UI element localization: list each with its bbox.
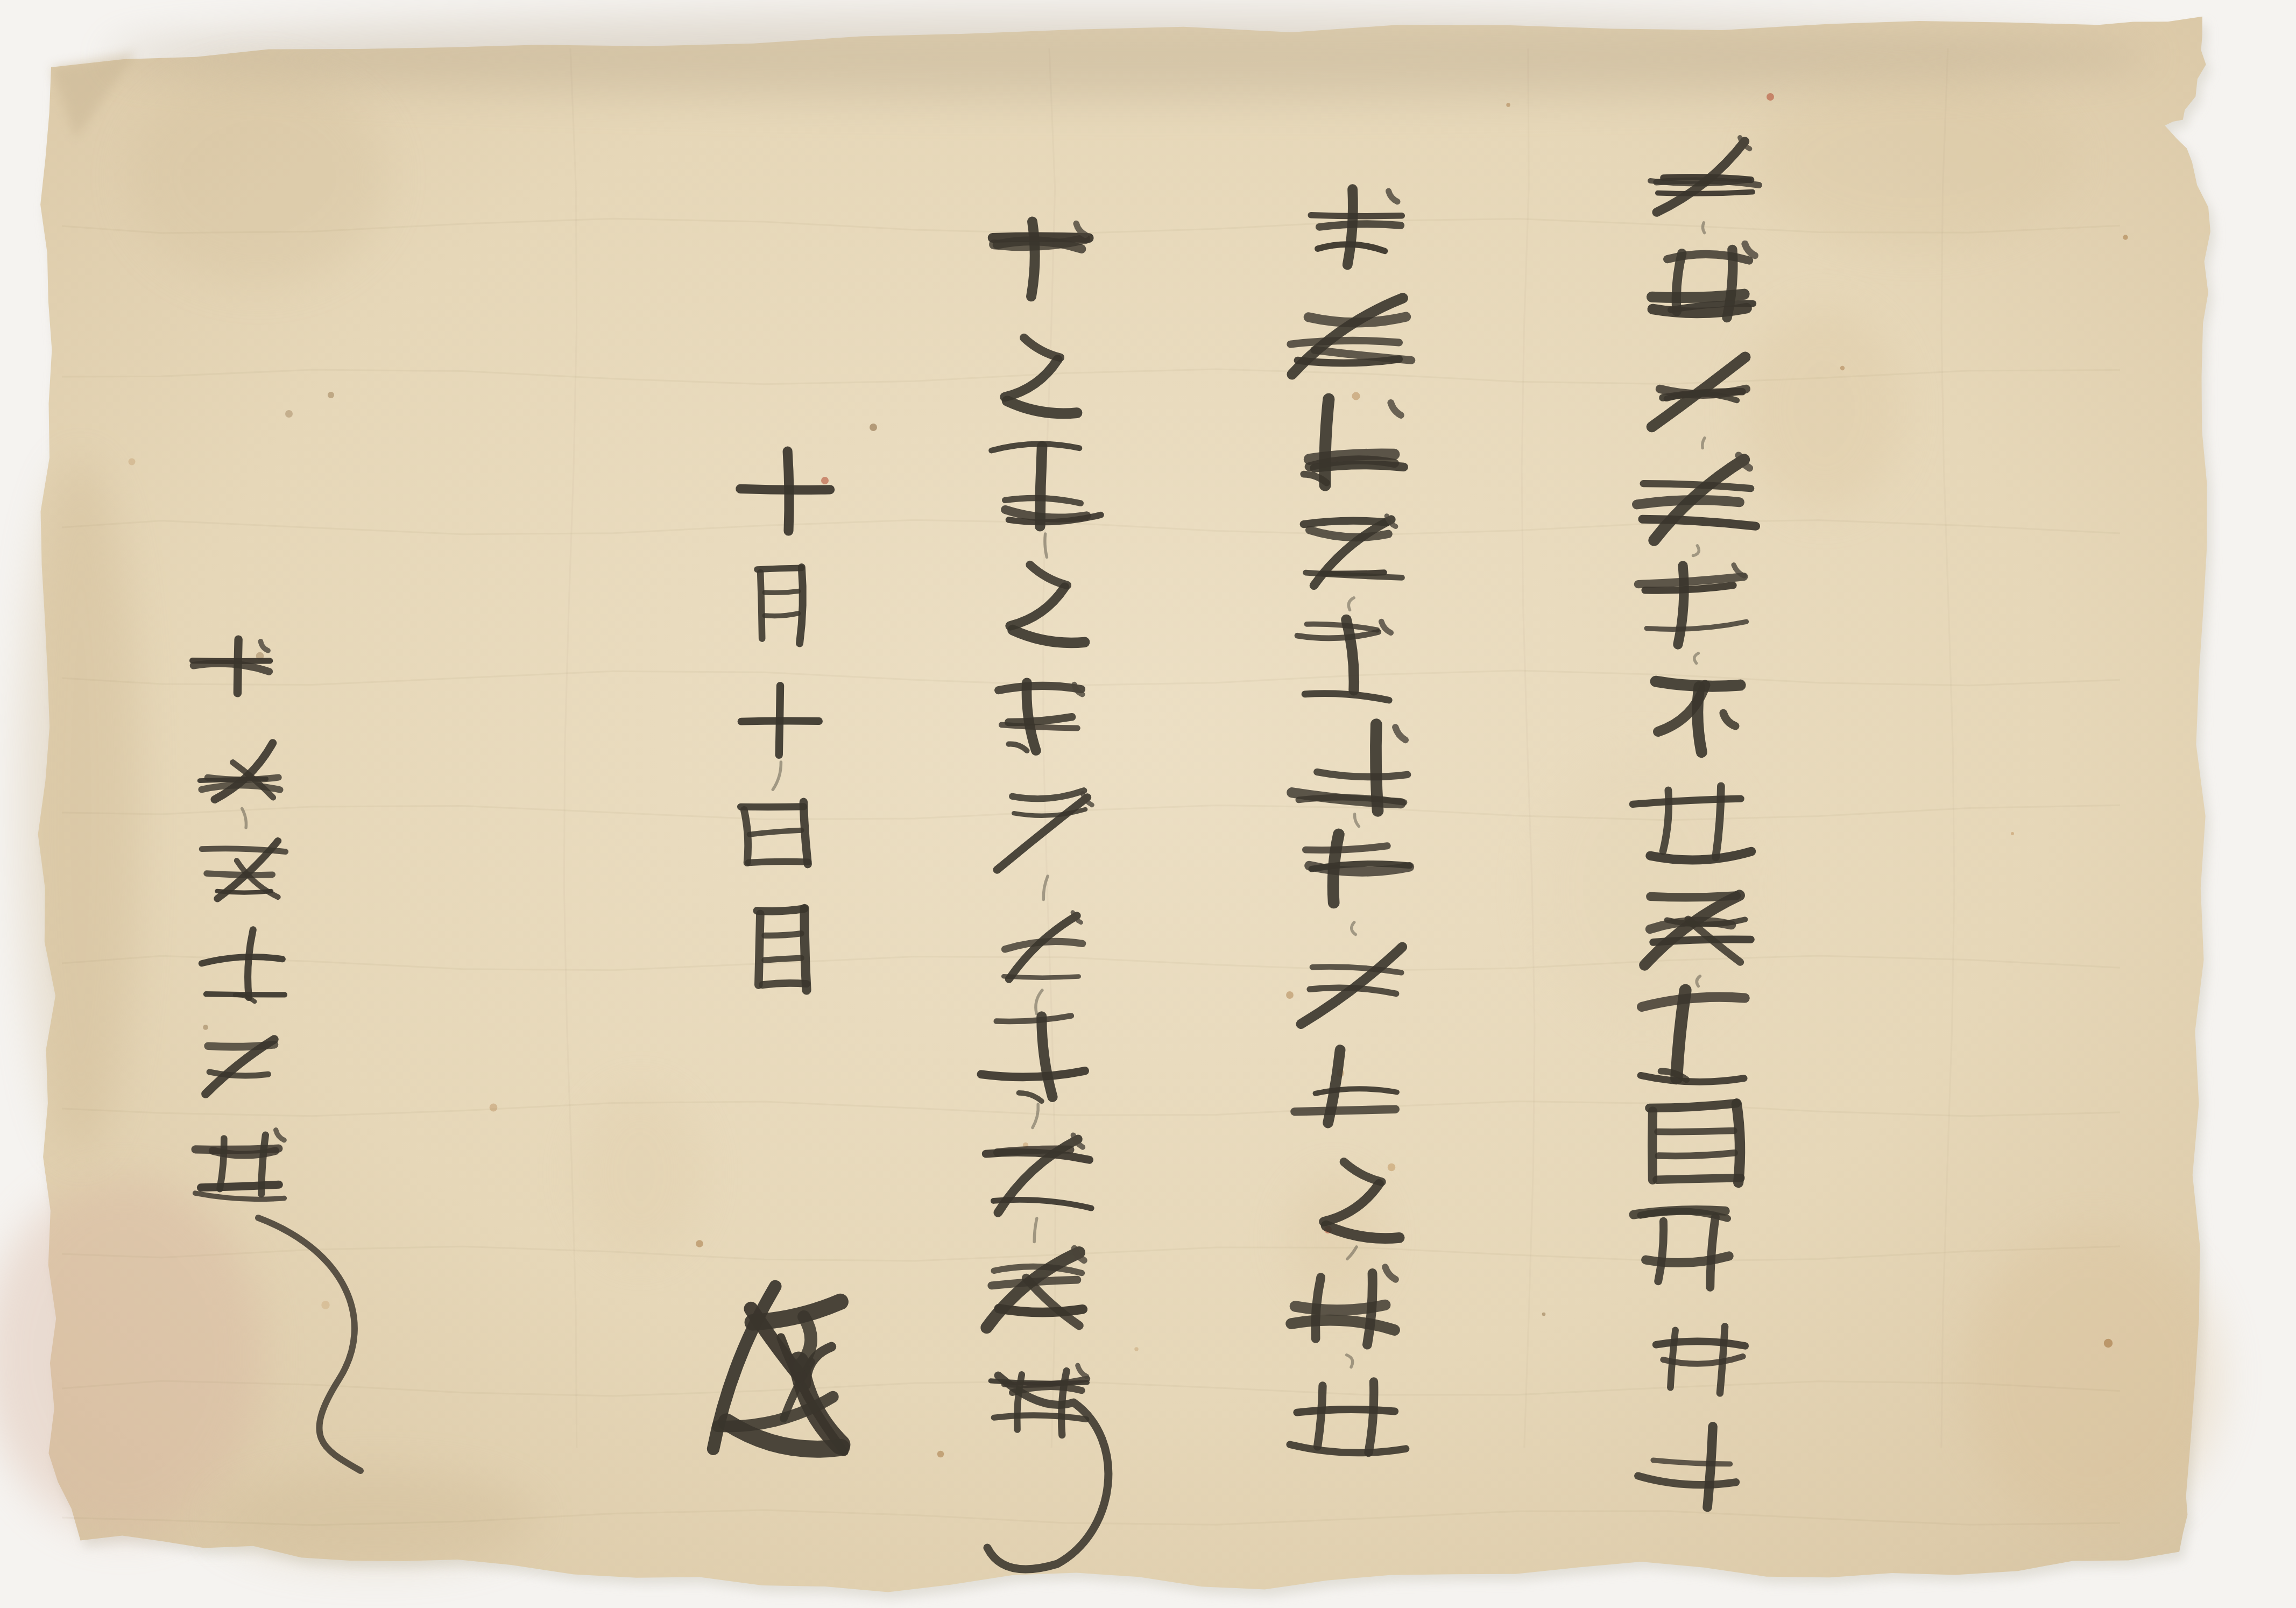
manuscript-photo (0, 0, 2296, 1608)
photograph-background: 理性院僧正不領伊勢國香積保 御厨并別納事未被渡之條歟 事之早々遂而可被成候也 十… (0, 0, 2296, 1608)
paper-sheet (38, 17, 2210, 1592)
